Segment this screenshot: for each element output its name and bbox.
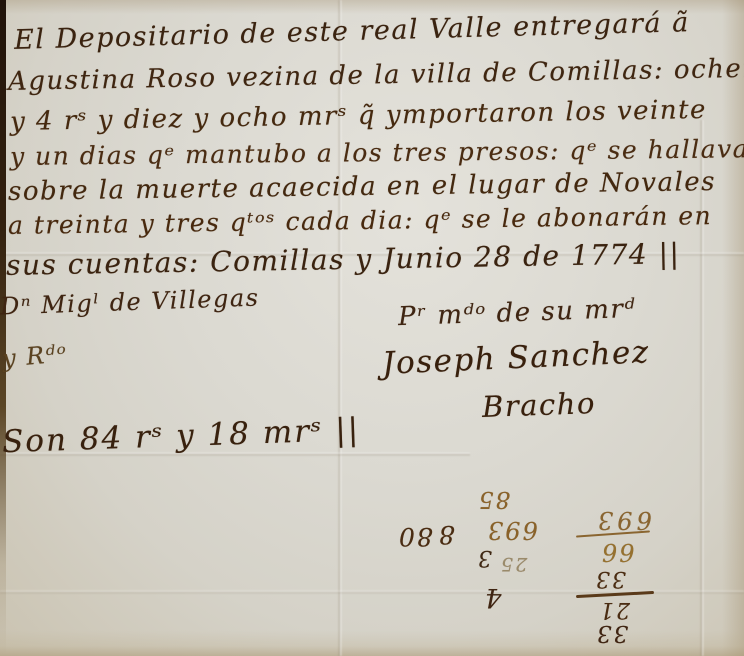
signature-right-last: Bracho	[481, 386, 596, 424]
crease-vertical-center	[338, 0, 342, 656]
conversion-figure-8: 8	[437, 520, 455, 549]
conversion-figure-85: 85	[477, 486, 510, 512]
multiplication-multiplier: 21	[598, 597, 630, 622]
conversion-figure-80: 80	[397, 522, 433, 551]
signature-left-marginal: y Rᵈᵒ	[1, 339, 69, 373]
conversion-figure-4: 4	[483, 582, 502, 612]
multiplication-partial-2: 66	[600, 538, 635, 566]
conversion-figure-25: 25	[499, 553, 527, 575]
conversion-figure-3: 3	[476, 545, 492, 570]
multiplication-product: 693	[594, 506, 652, 534]
manuscript-scan: { "manuscript": { "body_lines": [ "El De…	[0, 0, 744, 656]
conversion-figure-693: 693	[486, 516, 538, 544]
multiplication-multiplicand: 33	[595, 620, 628, 646]
multiplication-partial-1: 33	[594, 566, 626, 591]
page-left-edge	[0, 0, 6, 656]
